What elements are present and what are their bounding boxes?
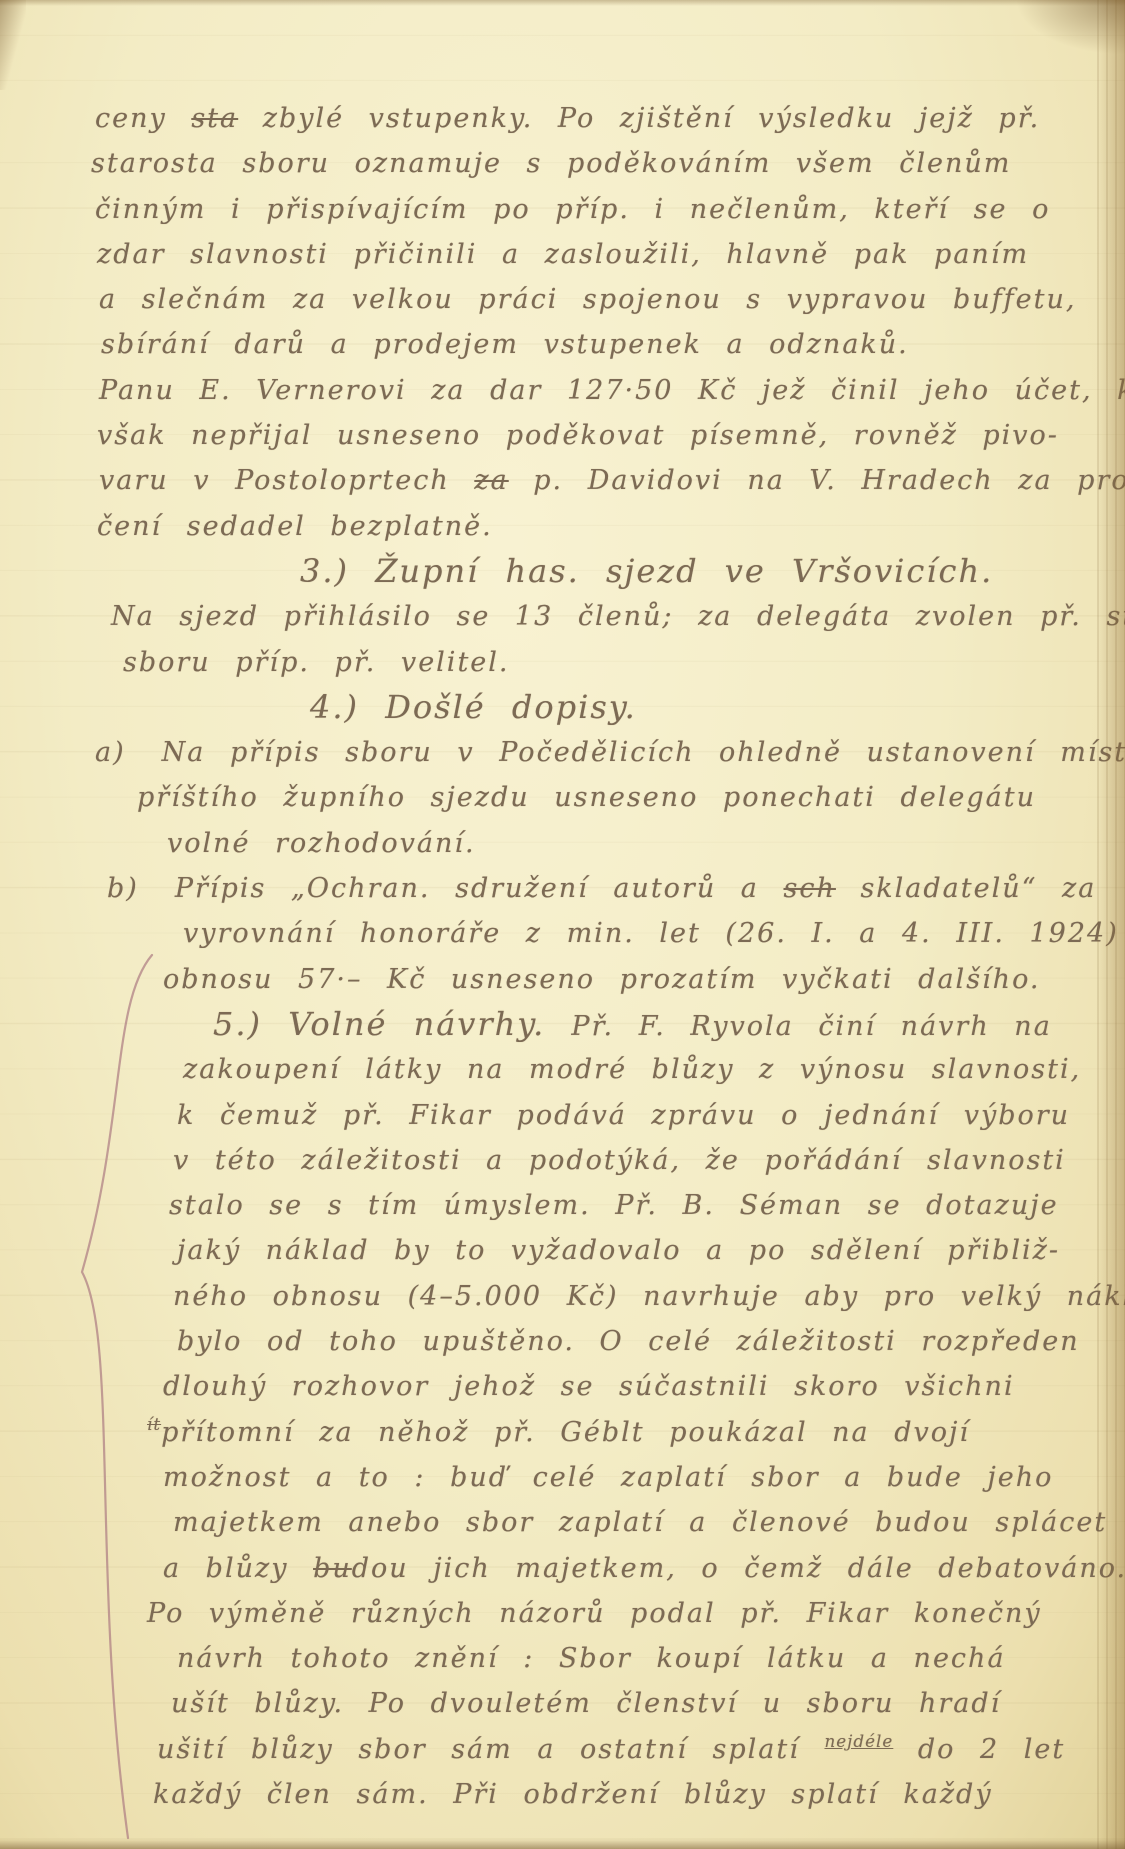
manuscript-line: ušít blůzy. Po dvouletém členství u sbor… bbox=[85, 1681, 1125, 1726]
text-segment: přítomní za něhož př. Géblt poukázal na … bbox=[161, 1417, 970, 1448]
manuscript-line: ného obnosu (4–5.000 Kč) navrhuje aby pr… bbox=[85, 1274, 1125, 1319]
text-segment: zbylé vstupenky. Po zjištění výsledku je… bbox=[238, 103, 1040, 134]
text-segment: 4.) Došlé dopisy. bbox=[310, 688, 637, 726]
text-segment: k čemuž př. Fikar podává zprávu o jednán… bbox=[177, 1100, 1070, 1131]
text-segment: dlouhý rozhovor jehož se súčastnili skor… bbox=[163, 1371, 1015, 1402]
manuscript-line: sboru příp. př. velitel. bbox=[85, 640, 1125, 685]
manuscript-line: majetkem anebo sbor zaplatí a členové bu… bbox=[85, 1500, 1125, 1545]
text-segment: ceny bbox=[95, 103, 191, 134]
manuscript-line: volné rozhodování. bbox=[85, 821, 1125, 866]
text-segment: a blůzy bbox=[163, 1553, 313, 1584]
item-label: a) bbox=[95, 730, 126, 775]
text-segment: bu bbox=[313, 1553, 352, 1584]
text-segment: varu v Postoloprtech bbox=[99, 465, 474, 496]
text-segment: sch bbox=[783, 873, 835, 904]
text-segment: návrh tohoto znění : Sbor koupí látku a … bbox=[177, 1643, 1006, 1674]
manuscript-line: v této záležitosti a podotýká, že pořádá… bbox=[85, 1138, 1125, 1183]
manuscript-line: návrh tohoto znění : Sbor koupí látku a … bbox=[85, 1636, 1125, 1681]
text-segment: sbírání darů a prodejem vstupenek a odzn… bbox=[101, 329, 909, 360]
manuscript-line: činným i přispívajícím po příp. i nečlen… bbox=[85, 187, 1125, 232]
manuscript-line: starosta sboru oznamuje s poděkováním vš… bbox=[85, 141, 1125, 186]
manuscript-line: čení sedadel bezplatně. bbox=[85, 504, 1125, 549]
manuscript-line: příštího župního sjezdu usneseno ponecha… bbox=[85, 775, 1125, 820]
manuscript-line: ítpřítomní za něhož př. Géblt poukázal n… bbox=[85, 1410, 1125, 1455]
text-segment: Přípis „Ochran. sdružení autorů a bbox=[175, 873, 784, 904]
manuscript-line: každý člen sám. Při obdržení blůzy splat… bbox=[85, 1772, 1125, 1817]
text-segment: 5.) Volné návrhy. bbox=[213, 1005, 571, 1043]
text-segment: za bbox=[474, 465, 508, 496]
manuscript-line: bylo od toho upuštěno. O celé záležitost… bbox=[85, 1319, 1125, 1364]
manuscript-line: ušití blůzy sbor sám a ostatní splatí ne… bbox=[85, 1727, 1125, 1772]
manuscript-line: Po výměně různých názorů podal př. Fikar… bbox=[85, 1591, 1125, 1636]
text-segment: volné rozhodování. bbox=[167, 828, 476, 859]
page-edge-bottom bbox=[0, 1839, 1125, 1849]
manuscript-line: zakoupení látky na modré blůzy z výnosu … bbox=[85, 1047, 1125, 1092]
text-segment: obnosu 57·– Kč usneseno prozatím vyčkati… bbox=[163, 964, 1040, 995]
manuscript-line: dlouhý rozhovor jehož se súčastnili skor… bbox=[85, 1364, 1125, 1409]
text-segment: vyrovnání honoráře z min. let (26. I. a … bbox=[183, 918, 1125, 949]
manuscript-page: { "document_type": "handwritten-meeting-… bbox=[0, 0, 1125, 1849]
text-segment: každý člen sám. Při obdržení blůzy splat… bbox=[153, 1779, 993, 1810]
item-label: b) bbox=[107, 866, 139, 911]
text-segment: bylo od toho upuštěno. O celé záležitost… bbox=[177, 1326, 1080, 1357]
text-segment: čení sedadel bezplatně. bbox=[97, 511, 493, 542]
text-segment: zakoupení látky na modré blůzy z výnosu … bbox=[183, 1054, 1081, 1085]
text-segment: ušití blůzy sbor sám a ostatní splatí bbox=[157, 1734, 824, 1765]
manuscript-line: Na sjezd přihlásilo se 13 členů; za dele… bbox=[85, 594, 1125, 639]
manuscript-text: ceny sta zbylé vstupenky. Po zjištění vý… bbox=[0, 0, 1125, 1817]
manuscript-line: obnosu 57·– Kč usneseno prozatím vyčkati… bbox=[85, 957, 1125, 1002]
manuscript-line: a slečnám za velkou práci spojenou s vyp… bbox=[85, 277, 1125, 322]
text-segment: dou jich majetkem, o čemž dále debatován… bbox=[352, 1553, 1125, 1584]
manuscript-line: a)Na přípis sboru v Počedělicích ohledně… bbox=[85, 730, 1125, 775]
manuscript-line: 4.) Došlé dopisy. bbox=[85, 685, 1125, 730]
manuscript-line: sbírání darů a prodejem vstupenek a odzn… bbox=[85, 322, 1125, 367]
manuscript-line: k čemuž př. Fikar podává zprávu o jednán… bbox=[85, 1093, 1125, 1138]
manuscript-line: zdar slavnosti přičinili a zasloužili, h… bbox=[85, 232, 1125, 277]
manuscript-line: ceny sta zbylé vstupenky. Po zjištění vý… bbox=[85, 96, 1125, 141]
text-segment: majetkem anebo sbor zaplatí a členové bu… bbox=[173, 1507, 1107, 1538]
page-edge-top-left bbox=[0, 0, 26, 90]
text-segment: p. Davidovi na V. Hradech za propůj- bbox=[509, 465, 1125, 496]
manuscript-line: 5.) Volné návrhy. Př. F. Ryvola činí náv… bbox=[85, 1002, 1125, 1047]
text-segment: ušít blůzy. Po dvouletém členství u sbor… bbox=[171, 1688, 1001, 1719]
text-segment: činným i přispívajícím po příp. i nečlen… bbox=[95, 194, 1050, 225]
manuscript-line: varu v Postoloprtech za p. Davidovi na V… bbox=[85, 458, 1125, 503]
text-segment: do 2 let bbox=[893, 1734, 1065, 1765]
text-segment: Panu E. Vernerovi za dar 127·50 Kč jež č… bbox=[99, 375, 1125, 406]
text-segment: Na sjezd přihlásilo se 13 členů; za dele… bbox=[111, 601, 1125, 632]
manuscript-line: možnost a to : buď celé zaplatí sbor a b… bbox=[85, 1455, 1125, 1500]
manuscript-line: však nepřijal usneseno poděkovat písemně… bbox=[85, 413, 1125, 458]
manuscript-line: vyrovnání honoráře z min. let (26. I. a … bbox=[85, 911, 1125, 956]
text-segment: zdar slavnosti přičinili a zasloužili, h… bbox=[97, 239, 1029, 270]
manuscript-line: 3.) Župní has. sjezd ve Vršovicích. bbox=[85, 549, 1125, 594]
page-edge-top bbox=[0, 0, 1125, 6]
text-segment: sta bbox=[191, 103, 238, 134]
manuscript-line: b)Přípis „Ochran. sdružení autorů a sch … bbox=[85, 866, 1125, 911]
text-segment: starosta sboru oznamuje s poděkováním vš… bbox=[91, 148, 1011, 179]
text-segment: možnost a to : buď celé zaplatí sbor a b… bbox=[163, 1462, 1053, 1493]
text-segment: Po výměně různých názorů podal př. Fikar… bbox=[147, 1598, 1042, 1629]
text-segment: příštího župního sjezdu usneseno ponecha… bbox=[137, 782, 1036, 813]
text-segment: 3.) Župní has. sjezd ve Vršovicích. bbox=[300, 552, 993, 590]
manuscript-line: stalo se s tím úmyslem. Př. B. Séman se … bbox=[85, 1183, 1125, 1228]
text-segment: skladatelů“ za bbox=[836, 873, 1096, 904]
text-segment: ného obnosu (4–5.000 Kč) navrhuje aby pr… bbox=[173, 1281, 1125, 1312]
manuscript-line: jaký náklad by to vyžadovalo a po sdělen… bbox=[85, 1228, 1125, 1273]
text-segment: stalo se s tím úmyslem. Př. B. Séman se … bbox=[169, 1190, 1059, 1221]
manuscript-line: Panu E. Vernerovi za dar 127·50 Kč jež č… bbox=[85, 368, 1125, 413]
text-segment: sboru příp. př. velitel. bbox=[123, 647, 510, 678]
page-edge-right-binding bbox=[1097, 0, 1125, 1849]
text-segment: a slečnám za velkou práci spojenou s vyp… bbox=[99, 284, 1076, 315]
manuscript-line: a blůzy budou jich majetkem, o čemž dále… bbox=[85, 1546, 1125, 1591]
text-segment: však nepřijal usneseno poděkovat písemně… bbox=[97, 420, 1059, 451]
text-segment: v této záležitosti a podotýká, že pořádá… bbox=[173, 1145, 1066, 1176]
text-segment: Na přípis sboru v Počedělicích ohledně u… bbox=[162, 737, 1125, 768]
text-segment: Př. F. Ryvola činí návrh na bbox=[571, 1011, 1051, 1042]
text-segment: jaký náklad by to vyžadovalo a po sdělen… bbox=[177, 1235, 1060, 1266]
